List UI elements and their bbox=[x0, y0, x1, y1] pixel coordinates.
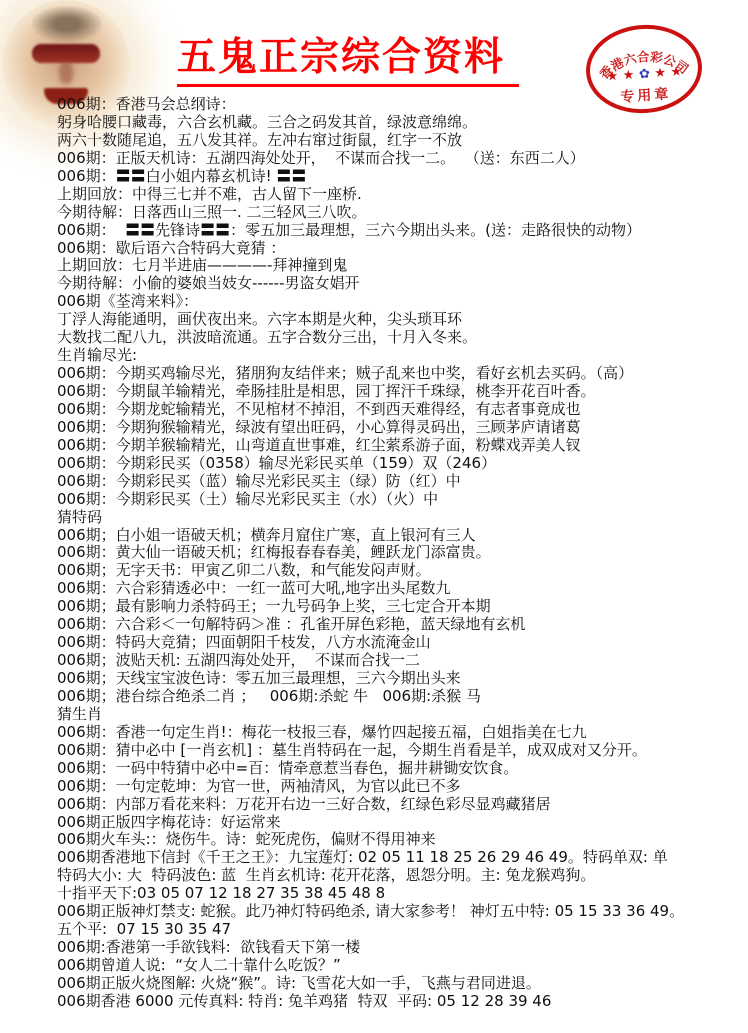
text-line: 猜生肖 bbox=[57, 706, 744, 724]
text-line: 006期正版火烧图解: 火烧“猴”。诗: 飞雪花大如一手，飞燕与君同进退。 bbox=[57, 975, 744, 993]
nose-shape bbox=[59, 62, 73, 84]
text-line: 006期：猜中必中 [一肖玄机] ：墓生肖特码在一起，今期生肖看是羊，成双成对又… bbox=[57, 742, 744, 760]
text-line: 006期：歇后语六合特码大竟猜 ： bbox=[57, 240, 744, 258]
text-line: 生肖输尽光: bbox=[57, 347, 744, 365]
star-icon: ★ ★ bbox=[606, 67, 639, 84]
text-line: 上期回放：七月半进庙————-拜神撞到鬼 bbox=[57, 257, 744, 275]
text-line: 006期：今期彩民买（蓝）输尽光彩民买主（绿）防（红）中 bbox=[57, 473, 744, 491]
text-line: 006期；无字天书：甲寅乙卯二八数，和气能发闷声财。 bbox=[57, 562, 744, 580]
text-line: 006期：黄大仙一语破天机；红梅报春春春美，鲤跃龙门添富贵。 bbox=[57, 544, 744, 562]
text-line: 006期正版四字梅花诗：好运常来 bbox=[57, 814, 744, 832]
text-line: 十指平天下:03 05 07 12 18 27 35 38 45 48 8 bbox=[57, 885, 744, 903]
text-line: 猜特码 bbox=[57, 509, 744, 527]
text-line: 006期：今期买鸡输尽光，猪朋狗友结伴来；贼子乱来也中奖，看好玄机去买码。（高） bbox=[57, 365, 744, 383]
page-title: 五鬼正宗综合资料 bbox=[177, 26, 519, 87]
text-line: 006期香港地下信封《千王之王》：九宝莲灯: 02 05 11 18 25 26… bbox=[57, 849, 744, 867]
text-line: 006期：内部万看花来料：万花开右边一三好合数，红绿色彩尽显鸡藏猪居 bbox=[57, 796, 744, 814]
star-icon: ★ ★ bbox=[649, 64, 682, 81]
text-line: 006期：一码中特猜中必中=百：情牵意惹当春色，掘井耕锄安饮食。 bbox=[57, 760, 744, 778]
text-line: 006期《荃湾来料》： bbox=[57, 293, 744, 311]
text-line: 丁浮人海能通明，画伏夜出来。六字本期是火种，尖头琐耳环 bbox=[57, 311, 744, 329]
text-line: 006期：香港马会总纲诗： bbox=[57, 96, 744, 114]
text-line: 006期：六合彩＜一句解特码＞准 ：孔雀开屏色彩艳，蓝天绿地有玄机 bbox=[57, 616, 744, 634]
text-line: 006期曾道人说: “女人二十靠什么吃饭？” bbox=[57, 957, 744, 975]
text-line: 006期正版神灯禁支: 蛇猴。此乃神灯特码绝杀, 请大家参考！ 神灯五中特: 0… bbox=[57, 903, 744, 921]
text-line: 大数找二配八九，洪波暗流通。五字合数分三出，十月入冬来。 bbox=[57, 329, 744, 347]
text-line: 006期：〓〓白小姐内幕玄机诗! 〓〓 bbox=[57, 168, 744, 186]
text-line: 006期：香港一句定生肖!：梅花一枝报三春，爆竹四起接五福，白姐指美在七九 bbox=[57, 724, 744, 742]
text-line: 006期：今期羊猴输精光，山弯道直世事难，红尘萦系游子面，粉蝶戏弄美人钗 bbox=[57, 437, 744, 455]
text-line: 006期；天线宝宝波色诗：零五加三最理想，三六今期出头来 bbox=[57, 670, 744, 688]
text-line: 006期；港台综合绝杀二肖 ； 006期:杀蛇 牛 006期:杀猴 马 bbox=[57, 688, 744, 706]
text-line: 006期：特码大竞猜；四面朝阳千枝发，八方水流淹金山 bbox=[57, 634, 744, 652]
text-line: 006期：今期彩民买（0358）输尽光彩民买单（159）双（246） bbox=[57, 455, 744, 473]
document-body: 006期：香港马会总纲诗：躬身哈腰口藏毒，六合玄机藏。三合之码发其首，绿波意绵绵… bbox=[0, 96, 748, 1011]
text-line: 006期；最有影响力杀特码王；一九号码争上奖，三七定合开本期 bbox=[57, 598, 744, 616]
text-line: 006期：今期龙蛇输精光，不见棺材不掉泪，不到西天难得经，有志者事竟成也 bbox=[57, 401, 744, 419]
text-line: 两六十数随尾追，五八发其祥。左冲右窜过街鼠，红字一不放 bbox=[57, 132, 744, 150]
text-line: 006期:香港第一手欲钱料: 欲钱看天下第一楼 bbox=[57, 939, 744, 957]
text-line: 006期；白小姐一语破天机；横奔月窟住广寒，直上银河有三人 bbox=[57, 527, 744, 545]
text-line: 006期：今期狗猴输精光，绿波有望出旺码，小心算得灵码出，三顾茅庐请诸葛 bbox=[57, 419, 744, 437]
text-line: 上期回放：中得三七并不难，古人留下一座桥. bbox=[57, 186, 744, 204]
text-line: 躬身哈腰口藏毒，六合玄机藏。三合之码发其首，绿波意绵绵。 bbox=[57, 114, 744, 132]
text-line: 006期：一句定乾坤：为官一世，两袖清风，为官以此已不多 bbox=[57, 778, 744, 796]
text-line: 006期香港 6000 元传真料: 特肖: 兔羊鸡猪 特双 平码: 05 12 … bbox=[57, 993, 744, 1011]
text-line: 006期： 〓〓先锋诗〓〓：零五加三最理想，三六今期出头来。(送：走路很快的动物… bbox=[57, 222, 744, 240]
text-line: 今期待解：小偷的婆娘当妓女------男盗女娼开 bbox=[57, 275, 744, 293]
sunglasses-shape bbox=[32, 44, 100, 63]
text-line: 006期：今期彩民买（土）输尽光彩民买主（水）（火）中 bbox=[57, 491, 744, 509]
text-line: 006期：今期鼠羊输精光，牵肠挂肚是相思，园丁挥汗千珠绿，桃李开花百叶香。 bbox=[57, 383, 744, 401]
text-line: 006期火车头:：烧伤牛。诗：蛇死虎伤，偏财不得用神来 bbox=[57, 831, 744, 849]
text-line: 今期待解：日落西山三照一. 二三轻风三八吹。 bbox=[57, 204, 744, 222]
text-line: 五个平: 07 15 30 35 47 bbox=[57, 921, 744, 939]
text-line: 006期：六合彩猜透必中：一红一蓝可大吼,地字出头尾数九 bbox=[57, 580, 744, 598]
text-line: 006期：正版天机诗：五湖四海处处开， 不谋而合找一二。 （送：东西二人） bbox=[57, 150, 744, 168]
hair-shape bbox=[32, 6, 102, 42]
text-line: 特码大小: 大 特码波色: 蓝 生肖玄机诗: 花开花落，恩怨分明。主: 兔龙猴鸡… bbox=[57, 867, 744, 885]
text-line: 006期；波贴天机: 五湖四海处处开， 不谋而合找一二 bbox=[57, 652, 744, 670]
